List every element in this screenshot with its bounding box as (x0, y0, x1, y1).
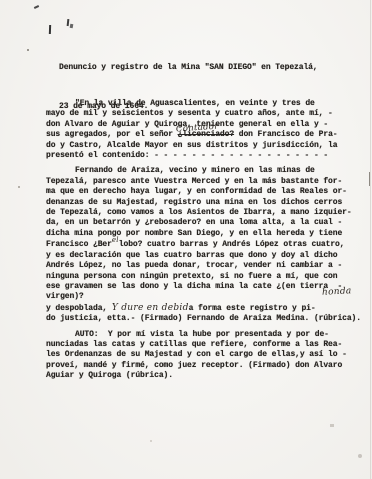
text-line: dicha mina pongo por nombre San Diego, y… (46, 229, 356, 239)
paragraph-presentacion: "En la villa de Aguascalientes, en veint… (46, 99, 356, 161)
text-line: ninguna persona con ningún pretexto, si … (46, 272, 356, 282)
typed-text: Aguiar y Quiroga (rúbrica). (46, 371, 173, 380)
text-line: ese gravamen se las dono y la dicha mina… (46, 282, 356, 292)
typed-text: sus agregados, por el señor (46, 130, 178, 139)
document-title-line1: Denuncio y registro de la Mina "SAN DIEG… (59, 61, 318, 74)
typed-text: do y Castro, Alcalde Mayor en sus distri… (46, 141, 337, 150)
scan-speck (18, 186, 20, 188)
scan-speck (330, 424, 334, 427)
text-line: "En la villa de Aguascalientes, en veint… (46, 99, 356, 109)
scanned-document-page: Denuncio y registro de la Mina "SAN DIEG… (0, 0, 372, 479)
typed-text: do justicia, etta.- (Firmado) Fernando d… (46, 314, 361, 323)
text-line: de Tepezalá, como vamos a los Asientos d… (46, 208, 356, 218)
typed-text: proveí, mandé y firmé, como juez recepto… (46, 361, 342, 370)
typed-text: Tepezalá, paresco ante Vuestra Merced y … (46, 177, 342, 186)
typed-text: Francisco ¿Ber (46, 240, 112, 249)
text-line: sus agregados, por el señor ¿licenciado?… (46, 130, 356, 140)
typed-text: de Tepezalá, como vamos a los Asientos d… (46, 208, 352, 217)
text-line: proveí, mandé y firmé, como juez recepto… (46, 361, 356, 371)
typed-text: AUTO: Y por mí vista la hube por present… (75, 330, 329, 339)
text-line: AUTO: Y por mí vista la hube por present… (46, 330, 356, 340)
typed-text: don Francisco de Pra- (234, 130, 337, 139)
handwritten-annotation: Y dure en debid (112, 303, 189, 313)
text-line: denanzas de su Majestad, registro una mi… (46, 198, 356, 208)
text-line: Andrés López, no las pueda donar, trocar… (46, 261, 356, 271)
text-line: mayo de mil y seiscientos y sesenta y cu… (46, 109, 356, 119)
scan-speck (27, 49, 29, 51)
typed-text: lobo? cuatro barras y Andrés López otras… (119, 240, 345, 249)
typed-text: da, en un betarrón y ¿rebosadero? en una… (46, 218, 342, 227)
typed-text: nunciadas las catas y catillas que refie… (46, 340, 342, 349)
scan-speck (150, 440, 152, 442)
text-line: do y Castro, Alcalde Mayor en sus distri… (46, 141, 356, 151)
text-line: y es declaración que las cuatro barras q… (46, 251, 356, 261)
text-line: ma que en derecho haya lugar, y en confo… (46, 187, 356, 197)
typed-text: y es declaración que las cuatro barras q… (46, 251, 337, 260)
text-line: Aguiar y Quiroga (rúbrica). (46, 371, 356, 381)
text-line: les Ordenanzas de su Majestad y con el c… (46, 350, 356, 360)
typed-text: Fernando de Araiza, vecino y minero en l… (75, 166, 315, 175)
paragraph-registro-fernando-de-araiza: Fernando de Araiza, vecino y minero en l… (46, 166, 356, 324)
scan-speck (358, 454, 362, 458)
scan-edge-line (370, 0, 371, 479)
handwritten-annotation: el (112, 236, 119, 244)
typed-text: dicha mina pongo por nombre San Diego, y… (46, 229, 342, 238)
text-line: virgen)?honda (46, 292, 356, 302)
typed-text: a forma este registro y pi- (189, 304, 316, 313)
typed-text: mayo de mil y seiscientos y sesenta y cu… (46, 109, 333, 118)
typed-text: denanzas de su Majestad, registro una mi… (46, 198, 342, 207)
pencil-mark (70, 24, 74, 28)
typed-text: les Ordenanzas de su Majestad y con el c… (46, 350, 347, 359)
text-line: nunciadas las catas y catillas que refie… (46, 340, 356, 350)
text-line: da, en un betarrón y ¿rebosadero? en una… (46, 218, 356, 228)
typed-text: ese gravamen se las dono y la dicha mina… (46, 282, 342, 291)
typed-text: ma que en derecho haya lugar, y en confo… (46, 187, 347, 196)
scan-edge-mark (369, 172, 371, 186)
typed-text: y despoblada, (46, 304, 112, 313)
document-body: "En la villa de Aguascalientes, en veint… (46, 99, 356, 387)
text-line: presentó el contenido: - - - - - - - - -… (46, 151, 356, 161)
text-line: Fernando de Araiza, vecino y minero en l… (46, 166, 356, 176)
pencil-mark (67, 19, 69, 26)
text-line: do justicia, etta.- (Firmado) Fernando d… (46, 314, 356, 324)
pencil-mark (34, 5, 39, 9)
typed-text: virgen)? (46, 292, 84, 301)
paragraph-auto: AUTO: Y por mí vista la hube por present… (46, 330, 356, 382)
typed-text: "En la villa de Aguascalientes, en veint… (75, 99, 315, 108)
text-line: Francisco ¿Berellobo? cuatro barras y An… (46, 239, 356, 250)
text-line: y despoblada, Y dure en debida forma est… (46, 303, 356, 314)
typed-text: presentó el contenido: - - - - - - - - -… (46, 151, 328, 160)
handwritten-annotation: honda (322, 287, 352, 299)
typed-text: Andrés López, no las pueda donar, trocar… (46, 261, 342, 270)
typed-text: ninguna persona con ningún pretexto, si … (46, 272, 337, 281)
pencil-mark (49, 25, 51, 34)
text-line: Tepezalá, paresco ante Vuestra Merced y … (46, 177, 356, 187)
